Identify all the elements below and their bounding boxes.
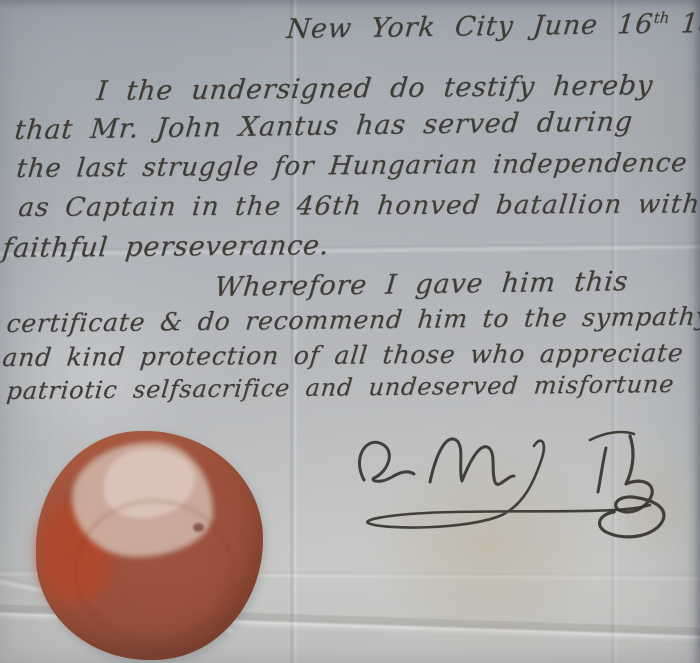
handwritten-line: patriotic selfsacrifice and undeserved m… [5, 370, 675, 405]
handwritten-line: as Captain in the 46th honved batallion … [17, 189, 700, 223]
kossuth-signature: L Kossuth [338, 420, 690, 560]
seal-impression-ring [75, 500, 234, 642]
handwritten-line: the last struggle for Hungarian independ… [15, 148, 689, 184]
handwritten-line: and kind protection of all those who app… [1, 338, 685, 372]
handwritten-line: faithful perseverance. [1, 230, 331, 264]
seal-dark-spot [193, 523, 204, 532]
dateline-year: 1852 [679, 7, 700, 39]
handwritten-dateline: New York City June 16th1852 [285, 7, 700, 44]
wax-seal [36, 431, 263, 660]
handwritten-line: certificate & do recommend him to the sy… [5, 302, 700, 338]
photo-right-edge-shadow [687, 0, 700, 663]
signature-flourish-drawing [338, 420, 690, 560]
handwritten-line: Wherefore I gave him this [213, 266, 630, 303]
handwritten-line: I the undersigned do testify hereby [95, 70, 654, 107]
dateline-text: New York City June 16 [285, 9, 655, 45]
photo-top-edge-shadow [0, 0, 700, 9]
handwritten-line: that Mr. John Xantus has served during [13, 106, 634, 146]
dateline-ordinal: th [653, 9, 670, 27]
letter-photograph: New York City June 16th1852 I the unders… [0, 0, 700, 663]
